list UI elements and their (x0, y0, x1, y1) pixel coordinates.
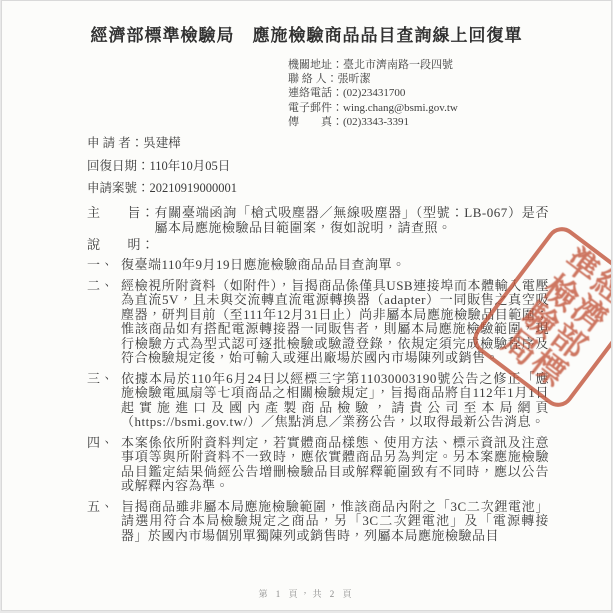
explanation-label: 說 明： (87, 237, 155, 252)
item-number: 二、 (87, 279, 121, 366)
item-text: 本案係依所附資料判定，若實體商品樣態、使用方法、標示資訊及注意事項等與所附資料不… (121, 436, 549, 494)
item-number: 一、 (87, 258, 121, 273)
meta-label: 申請案號： (87, 181, 150, 195)
item-number: 五、 (87, 500, 121, 544)
explanation-items: 一、 復臺端110年9月19日應施檢驗商品品目查詢單。 二、 經檢視所附資料（如… (87, 258, 549, 549)
reply-item-1: 一、 復臺端110年9月19日應施檢驗商品品目查詢單。 (87, 258, 549, 273)
contact-label: 聯 絡 人： (288, 72, 338, 86)
meta-value: 20210919000001 (150, 181, 238, 195)
contact-label: 電子郵件： (288, 101, 343, 115)
item-number: 三、 (87, 372, 121, 430)
contact-row-address: 機關地址： 臺北市濟南路一段四號 (288, 58, 458, 72)
contact-label: 連絡電話： (288, 86, 343, 100)
applicant-block: 申 請 者： 吳建樺 回復日期： 110年10月05日 申請案號： 202109… (87, 136, 237, 204)
item-text: 經檢視所附資料（如附件），旨揭商品係僅具USB連接埠而本體輸入電壓為直流5V，且… (121, 279, 549, 366)
contact-label: 傳 真： (288, 115, 343, 129)
contact-value: 臺北市濟南路一段四號 (343, 58, 453, 72)
explanation-header-row: 說 明： (87, 237, 549, 252)
reply-item-5: 五、 旨揭商品雖非屬本局應施檢驗範圍，惟該商品內附之「3C二次鋰電池」請選用符合… (87, 500, 549, 544)
meta-label: 申 請 者： (87, 136, 143, 150)
contact-row-phone: 連絡電話： (02)23431700 (288, 86, 458, 100)
meta-row-applicant: 申 請 者： 吳建樺 (87, 136, 237, 150)
contact-row-person: 聯 絡 人： 張昕潔 (288, 72, 458, 86)
contact-value: 張昕潔 (338, 72, 371, 86)
contact-row-fax: 傳 真： (02)3343-3391 (288, 115, 458, 129)
contact-value: wing.chang@bsmi.gov.tw (343, 101, 458, 115)
agency-contact-block: 機關地址： 臺北市濟南路一段四號 聯 絡 人： 張昕潔 連絡電話： (02)23… (288, 58, 458, 129)
item-text: 旨揭商品雖非屬本局應施檢驗範圍，惟該商品內附之「3C二次鋰電池」請選用符合本局檢… (121, 500, 549, 544)
reply-item-2: 二、 經檢視所附資料（如附件），旨揭商品係僅具USB連接埠而本體輸入電壓為直流5… (87, 279, 549, 366)
meta-label: 回復日期： (87, 159, 150, 173)
item-text: 復臺端110年9月19日應施檢驗商品品目查詢單。 (121, 258, 549, 273)
document-page: 經濟部標準檢驗局 應施檢驗商品品目查詢線上回復單 機關地址： 臺北市濟南路一段四… (1, 0, 612, 611)
subject-row: 主 旨： 有關臺端函詢「槍式吸塵器／無線吸塵器」（型號：LB-067）是否屬本局… (87, 205, 549, 235)
contact-value: (02)3343-3391 (343, 115, 409, 129)
reply-item-4: 四、 本案係依所附資料判定，若實體商品樣態、使用方法、標示資訊及注意事項等與所附… (87, 436, 549, 494)
meta-row-case-number: 申請案號： 20210919000001 (87, 181, 237, 195)
item-text: 依據本局於110年6月24日以經標三字第11030003190號公告之修正「應施… (121, 372, 549, 430)
meta-row-reply-date: 回復日期： 110年10月05日 (87, 159, 237, 173)
meta-value: 110年10月05日 (150, 159, 231, 173)
contact-row-email: 電子郵件： wing.chang@bsmi.gov.tw (288, 101, 458, 115)
subject-text: 有關臺端函詢「槍式吸塵器／無線吸塵器」（型號：LB-067）是否屬本局應施檢驗品… (155, 205, 549, 235)
meta-value: 吳建樺 (143, 136, 181, 150)
item-number: 四、 (87, 436, 121, 494)
page-footer: 第 1 頁，共 2 頁 (2, 587, 611, 600)
contact-value: (02)23431700 (343, 86, 405, 100)
subject-label: 主 旨： (87, 205, 155, 235)
subject-block: 主 旨： 有關臺端函詢「槍式吸塵器／無線吸塵器」（型號：LB-067）是否屬本局… (87, 205, 549, 254)
page-title: 經濟部標準檢驗局 應施檢驗商品品目查詢線上回復單 (2, 21, 611, 46)
contact-label: 機關地址： (288, 58, 343, 72)
reply-item-3: 三、 依據本局於110年6月24日以經標三字第11030003190號公告之修正… (87, 372, 549, 430)
